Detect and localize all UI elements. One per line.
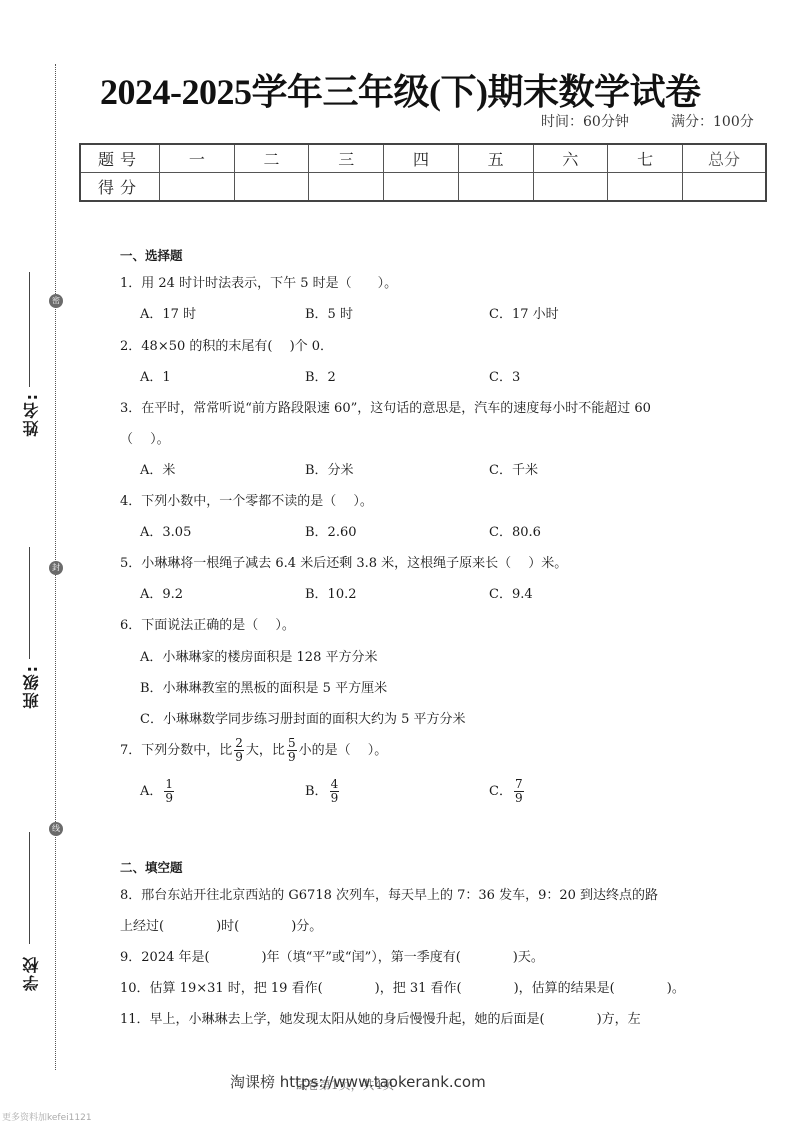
q3-option-a[interactable]: A．米 bbox=[140, 459, 175, 478]
question-2: 2．48×50 的积的末尾有( )个 0． bbox=[120, 335, 333, 354]
q7-text-3: 小的是（ ）。 bbox=[299, 743, 388, 758]
class-field-label: 班级: bbox=[20, 664, 42, 708]
page-title: 2024-2025学年三年级(下)期末数学试卷 bbox=[100, 64, 750, 115]
side-note: 更多资料加kefei1121 bbox=[2, 1110, 92, 1122]
q7-text-1: 7．下列分数中，比 bbox=[120, 743, 232, 758]
q7-option-c[interactable]: C．79 bbox=[489, 778, 526, 805]
row-head-question-no: 题号 bbox=[80, 144, 160, 173]
col-6: 六 bbox=[533, 144, 608, 173]
col-4: 四 bbox=[384, 144, 459, 173]
row-head-score: 得分 bbox=[80, 173, 160, 202]
q6-option-b[interactable]: B．小琳琳教室的黑板的面积是 5 平方厘米 bbox=[140, 677, 387, 696]
score-cell-1[interactable] bbox=[160, 173, 235, 202]
question-3-cont: （ ）。 bbox=[120, 428, 170, 447]
q6-option-a[interactable]: A．小琳琳家的楼房面积是 128 平方分米 bbox=[140, 646, 377, 665]
col-1: 一 bbox=[160, 144, 235, 173]
question-9: 9．2024 年是( )年（填“平”或“闰”），第一季度有( )天。 bbox=[120, 946, 544, 965]
question-5: 5．小琳琳将一根绳子减去 6.4 米后还剩 3.8 米，这根绳子原来长（ ）米。 bbox=[120, 552, 567, 571]
q5-option-c[interactable]: C．9.4 bbox=[489, 583, 533, 602]
fraction-2-9: 29 bbox=[234, 737, 244, 764]
question-10: 10．估算 19×31 时，把 19 看作( )，把 31 看作( )，估算的结… bbox=[120, 977, 685, 996]
q7-option-a[interactable]: A．19 bbox=[140, 778, 176, 805]
fraction-1-9: 19 bbox=[164, 778, 174, 805]
col-5: 五 bbox=[458, 144, 533, 173]
score-cell-6[interactable] bbox=[533, 173, 608, 202]
q5-option-a[interactable]: A．9.2 bbox=[140, 583, 183, 602]
score-table: 题号 一 二 三 四 五 六 七 总分 得分 bbox=[79, 143, 767, 202]
q3-option-b[interactable]: B．分米 bbox=[305, 459, 354, 478]
score-cell-total[interactable] bbox=[683, 173, 767, 202]
question-3: 3．在平时，常常听说“前方路段限速 60”，这句话的意思是，汽车的速度每小时不能… bbox=[120, 397, 651, 416]
q1-option-c[interactable]: C．17 小时 bbox=[489, 303, 559, 322]
q4-option-c[interactable]: C．80.6 bbox=[489, 521, 541, 540]
name-field-label: 姓名: bbox=[20, 392, 42, 436]
score-cell-5[interactable] bbox=[458, 173, 533, 202]
question-8: 8．邢台东站开往北京西站的 G6718 次列车，每天早上的 7：36 发车，9：… bbox=[120, 884, 658, 903]
question-6: 6．下面说法正确的是（ ）。 bbox=[120, 614, 295, 633]
col-3: 三 bbox=[309, 144, 384, 173]
score-table-header-row: 题号 一 二 三 四 五 六 七 总分 bbox=[80, 144, 766, 173]
exam-time: 时间：60分钟 bbox=[541, 111, 629, 131]
question-4: 4．下列小数中，一个零都不读的是（ ）。 bbox=[120, 490, 373, 509]
question-8-cont: 上经过( )时( )分。 bbox=[120, 915, 322, 934]
score-cell-4[interactable] bbox=[384, 173, 459, 202]
seal-mi-icon: 密 bbox=[49, 294, 63, 308]
q3-option-c[interactable]: C．千米 bbox=[489, 459, 538, 478]
fraction-7-9: 79 bbox=[514, 778, 524, 805]
q7-text-2: 大，比 bbox=[246, 743, 285, 758]
q7-option-b[interactable]: B．49 bbox=[305, 778, 341, 805]
seal-xian-icon: 线 bbox=[49, 822, 63, 836]
question-7: 7．下列分数中，比29大，比59小的是（ ）。 bbox=[120, 737, 387, 764]
name-field-line[interactable] bbox=[29, 272, 30, 387]
q2-option-a[interactable]: A．1 bbox=[140, 366, 171, 385]
q2-option-c[interactable]: C．3 bbox=[489, 366, 520, 385]
school-field-line[interactable] bbox=[29, 832, 30, 944]
q1-option-b[interactable]: B．5 时 bbox=[305, 303, 353, 322]
score-table-score-row: 得分 bbox=[80, 173, 766, 202]
section-title-fill-blank: 二、填空题 bbox=[120, 858, 183, 876]
q6-option-c[interactable]: C．小琳琳数学同步练习册封面的面积大约为 5 平方分米 bbox=[140, 708, 465, 727]
score-cell-7[interactable] bbox=[608, 173, 683, 202]
question-1: 1．用 24 时计时法表示，下午 5 时是（ ）。 bbox=[120, 272, 397, 291]
fraction-5-9: 59 bbox=[287, 737, 297, 764]
col-2: 二 bbox=[234, 144, 309, 173]
question-11: 11．早上，小琳琳去上学，她发现太阳从她的身后慢慢升起，她的后面是( )方，左 bbox=[120, 1008, 641, 1027]
fraction-4-9: 49 bbox=[330, 778, 340, 805]
score-cell-2[interactable] bbox=[234, 173, 309, 202]
school-field-label: 学校 bbox=[20, 955, 42, 991]
col-total: 总分 bbox=[683, 144, 767, 173]
q5-option-b[interactable]: B．10.2 bbox=[305, 583, 357, 602]
score-cell-3[interactable] bbox=[309, 173, 384, 202]
q1-option-a[interactable]: A．17 时 bbox=[140, 303, 196, 322]
col-7: 七 bbox=[608, 144, 683, 173]
q2-option-b[interactable]: B．2 bbox=[305, 366, 336, 385]
section-title-choice: 一、选择题 bbox=[120, 246, 183, 264]
q4-option-a[interactable]: A．3.05 bbox=[140, 521, 191, 540]
seal-feng-icon: 封 bbox=[49, 561, 63, 575]
watermark-link[interactable]: 淘课榜 https://www.taokerank.com bbox=[230, 1071, 486, 1092]
class-field-line[interactable] bbox=[29, 547, 30, 659]
exam-full-score: 满分：100分 bbox=[671, 111, 754, 131]
q4-option-b[interactable]: B．2.60 bbox=[305, 521, 357, 540]
